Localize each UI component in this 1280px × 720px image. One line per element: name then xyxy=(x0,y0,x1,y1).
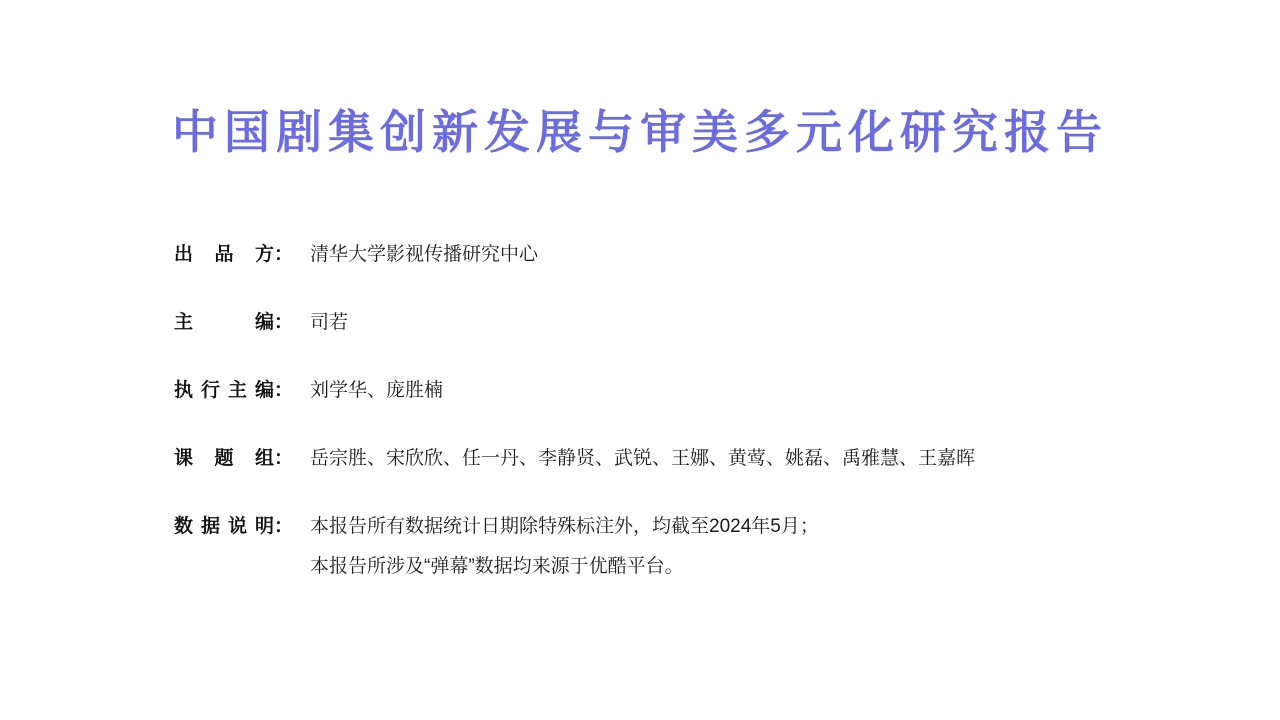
field-value: 刘学华、庞胜楠 xyxy=(310,377,443,404)
field-label: 出品方 xyxy=(174,241,274,268)
data-note-line: 本报告所有数据统计日期除特殊标注外，均截至2024年5月； xyxy=(310,513,819,540)
report-cover-slide: 中国剧集创新发展与审美多元化研究报告 出品方 ： 清华大学影视传播研究中心 主编… xyxy=(0,0,1280,720)
field-value: 本报告所有数据统计日期除特殊标注外，均截至2024年5月； 本报告所涉及“弹幕”… xyxy=(310,513,819,580)
field-label: 数据说明 xyxy=(174,513,274,540)
field-row-chief-editor: 主编 ： 司若 xyxy=(174,309,1220,336)
field-colon: ： xyxy=(274,309,293,336)
field-colon: ： xyxy=(274,445,293,472)
field-value: 清华大学影视传播研究中心 xyxy=(310,241,538,268)
field-colon: ： xyxy=(274,377,293,404)
page-title: 中国剧集创新发展与审美多元化研究报告 xyxy=(0,96,1280,162)
credits-list: 出品方 ： 清华大学影视传播研究中心 主编 ： 司若 执行主编 ： 刘学华、庞胜… xyxy=(174,241,1220,621)
field-value: 岳宗胜、宋欣欣、任一丹、李静贤、武锐、王娜、黄莺、姚磊、禹雅慧、王嘉晖 xyxy=(310,445,975,472)
field-row-executive-editor: 执行主编 ： 刘学华、庞胜楠 xyxy=(174,377,1220,404)
field-row-producer: 出品方 ： 清华大学影视传播研究中心 xyxy=(174,241,1220,268)
field-label: 执行主编 xyxy=(174,377,274,404)
field-label: 课题组 xyxy=(174,445,274,472)
field-value: 司若 xyxy=(310,309,348,336)
field-label: 主编 xyxy=(174,309,274,336)
field-row-data-note: 数据说明 ： 本报告所有数据统计日期除特殊标注外，均截至2024年5月； 本报告… xyxy=(174,513,1220,580)
field-colon: ： xyxy=(274,513,293,540)
field-colon: ： xyxy=(274,241,293,268)
field-row-research-team: 课题组 ： 岳宗胜、宋欣欣、任一丹、李静贤、武锐、王娜、黄莺、姚磊、禹雅慧、王嘉… xyxy=(174,445,1220,472)
data-note-line: 本报告所涉及“弹幕”数据均来源于优酷平台。 xyxy=(310,553,819,580)
